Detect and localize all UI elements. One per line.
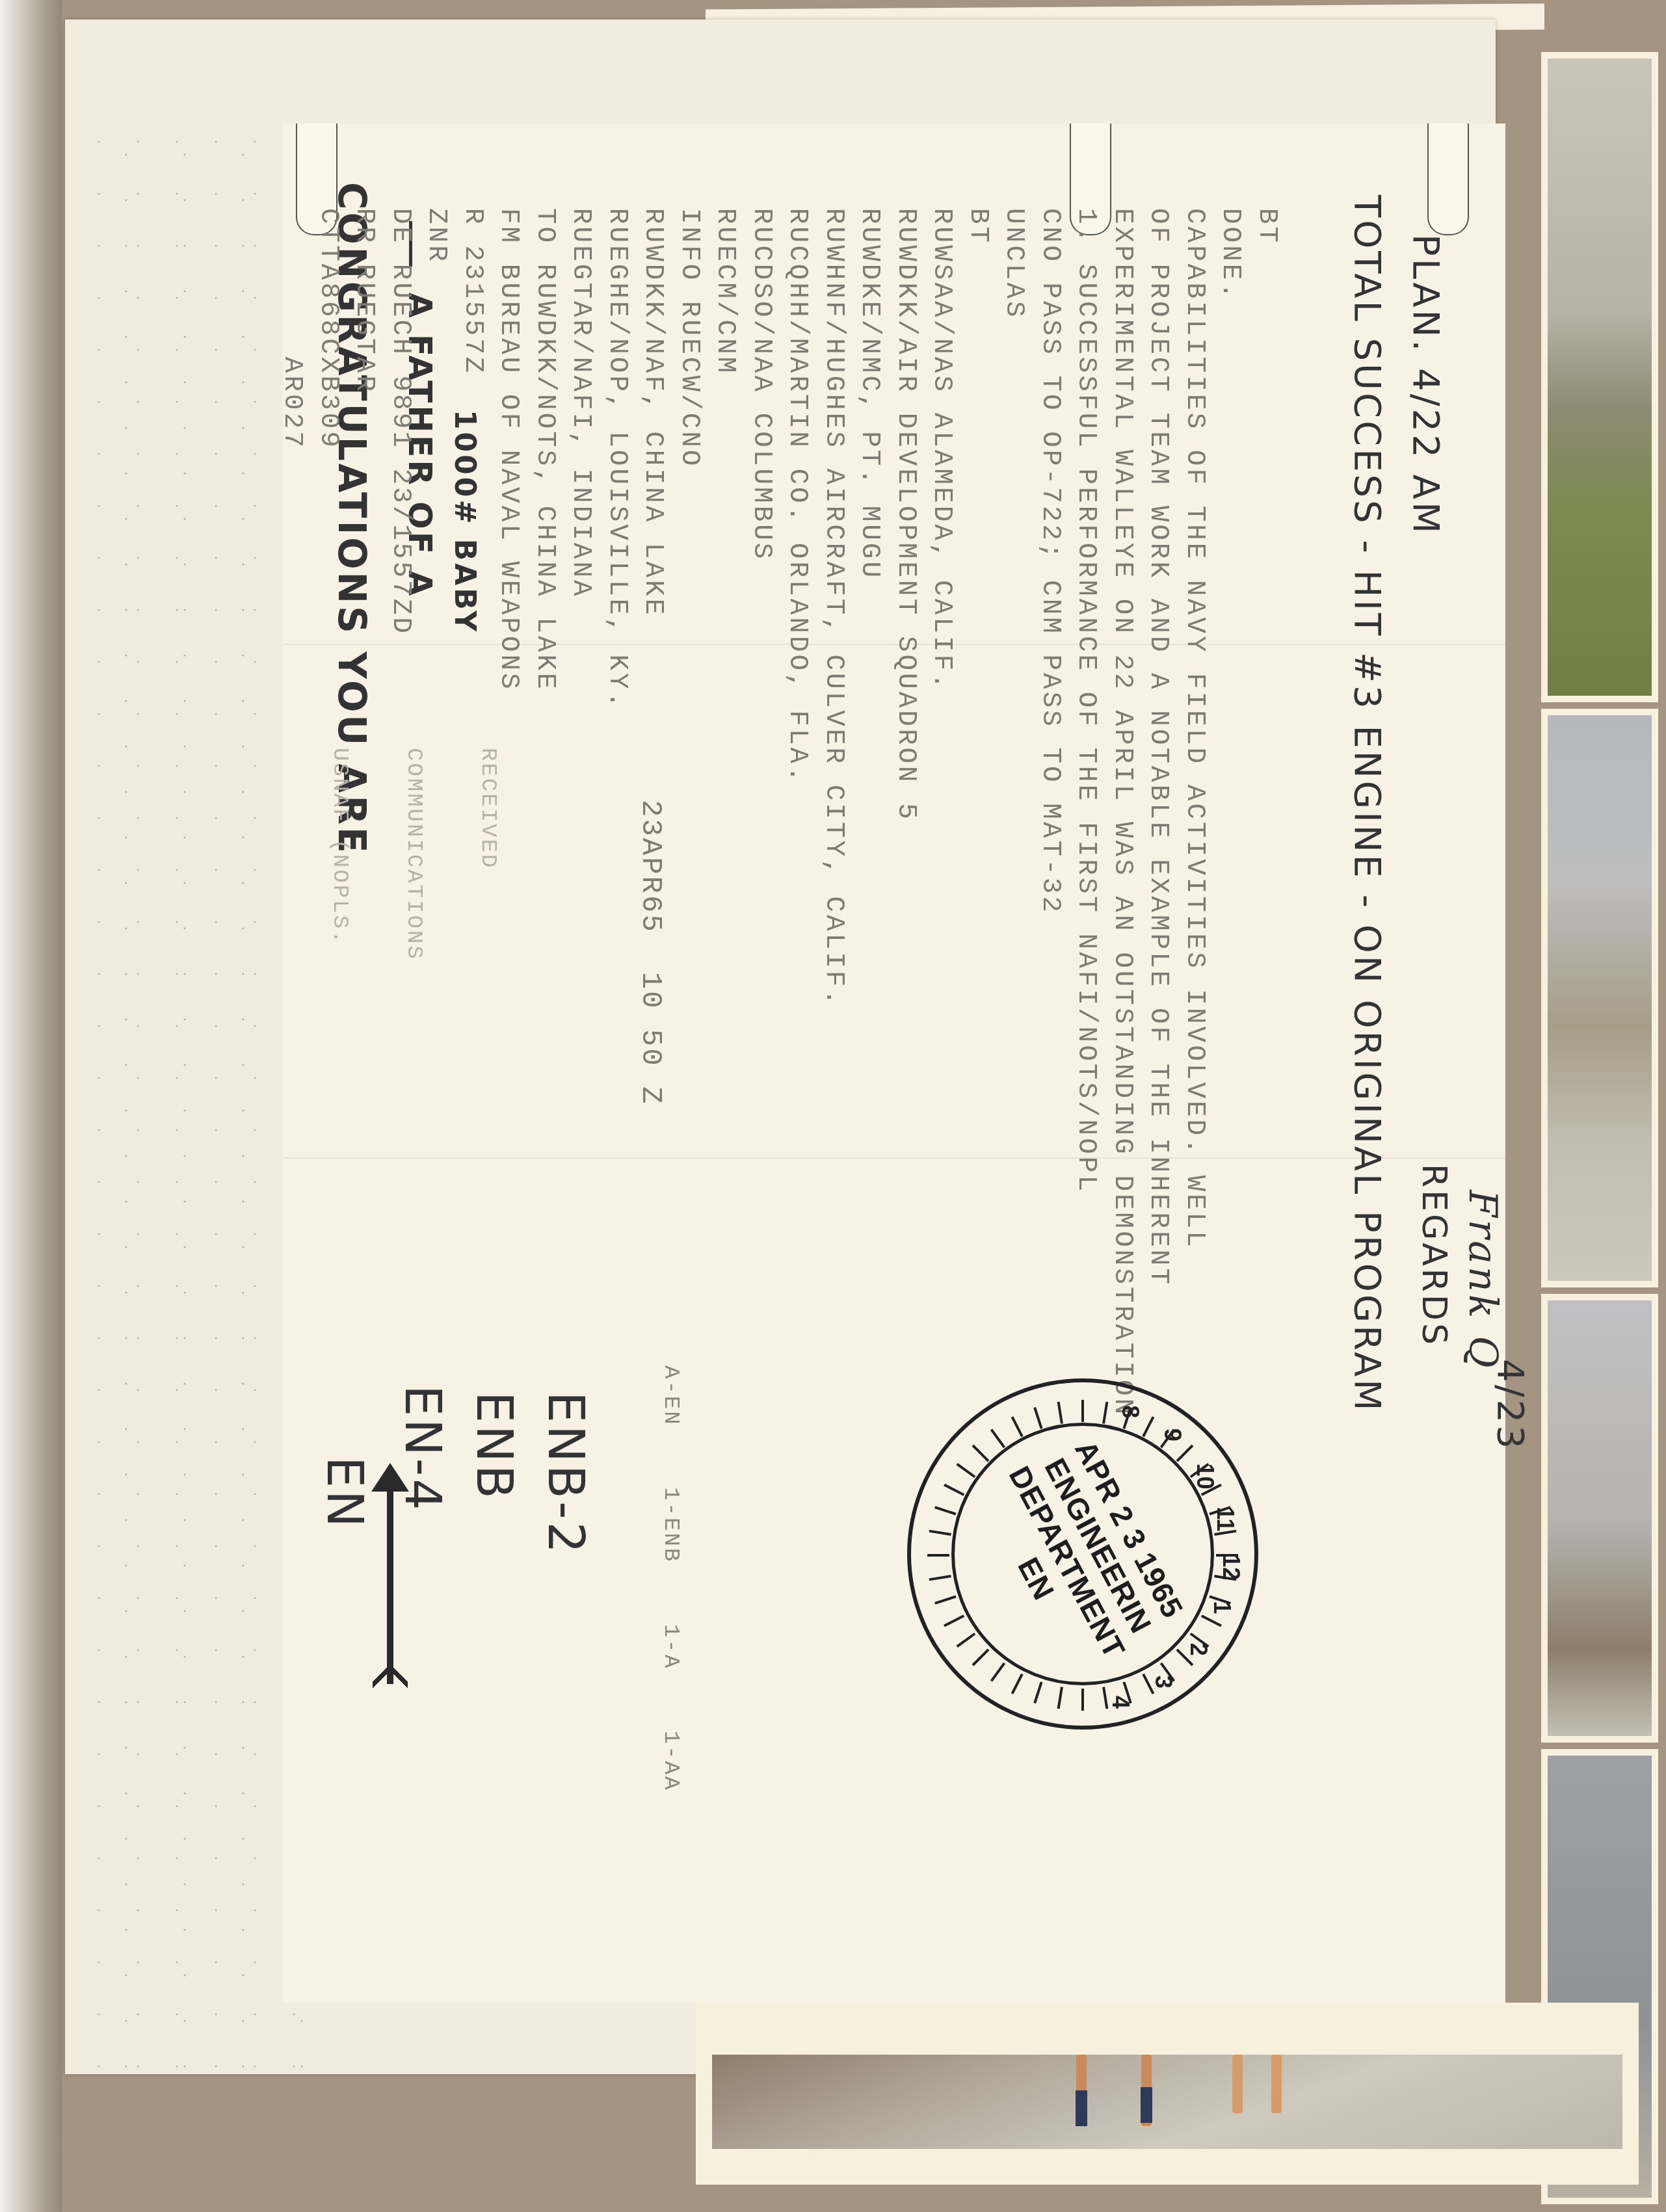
teletype-line: RUEGHE/NOP, LOUISVILLE, KY. xyxy=(599,208,635,710)
handwritten-routing-enb: ENB xyxy=(466,1391,523,1501)
teletype-line: OF PROJECT TEAM WORK AND A NOTABLE EXAMP… xyxy=(1140,208,1176,1287)
photo-strip-right xyxy=(1541,39,1665,2211)
stamp-tick xyxy=(1033,1407,1042,1429)
sock xyxy=(1076,2090,1087,2126)
stamp-tick xyxy=(934,1595,957,1604)
routing-codes: A-EN 1-ENB 1-A 1-AA xyxy=(658,1365,683,1791)
stamp-tick xyxy=(956,1463,975,1478)
received-label: USNAF (NOPLS. xyxy=(327,748,352,961)
stamp-tick xyxy=(990,1663,1005,1682)
leg xyxy=(1232,2055,1243,2113)
telegram-sheet: CONGRATULATIONS YOU ARE A FATHER OF A 10… xyxy=(283,124,1505,2003)
stamp-tick xyxy=(1011,1674,1024,1694)
teletype-line: TO RUWDKK/NOTS, CHINA LAKE xyxy=(527,208,563,692)
teletype-line: AR027 xyxy=(274,208,310,450)
stamp-tick xyxy=(956,1633,975,1648)
teletype-line: RUCQHH/MARTIN CO. ORLANDO, FLA. xyxy=(779,208,815,785)
teletype-line: INFO RUECW/CNO xyxy=(671,208,707,468)
teletype-line: RUWHNF/HUGHES AIRCRAFT, CULVER CITY, CAL… xyxy=(815,208,852,1008)
handwritten-note-line1: TOTAL SUCCESS - HIT #3 ENGINE - ON ORIGI… xyxy=(1346,195,1388,1414)
teletype-line: RR RUEGTAR xyxy=(346,208,382,394)
teletype-line: RUWDKK/NAF, CHINA LAKE xyxy=(635,208,671,617)
teletype-line: RUECM/CNM xyxy=(707,208,743,375)
stamp-tick xyxy=(1081,1689,1084,1711)
received-label: RECEIVED xyxy=(475,748,500,961)
teletype-line: BT xyxy=(1249,208,1285,245)
teletype-line: RUEGTAR/NAFI, INDIANA xyxy=(562,208,599,599)
stamp-tick xyxy=(1201,1614,1222,1627)
handwritten-routing-enb2: ENB-2 xyxy=(537,1391,595,1556)
arrow-icon xyxy=(387,1489,393,1684)
stamp-tick xyxy=(1081,1400,1084,1422)
handwritten-congrats-line3: 1000# BABY xyxy=(448,410,481,634)
photo-boat-hull xyxy=(1541,1294,1658,1743)
handwritten-signature: Frank Q xyxy=(1460,1190,1505,1370)
stamp-tick xyxy=(944,1614,964,1627)
teletype-line: UNCLAS xyxy=(996,208,1032,320)
handwritten-date: 4/23 xyxy=(1489,1359,1531,1451)
photo-legs-pavement xyxy=(696,2003,1639,2185)
teletype-line: RUWSAA/NAS ALAMEDA, CALIF. xyxy=(923,208,960,692)
received-label: COMMUNICATIONS xyxy=(401,748,426,961)
stamp-tick xyxy=(972,1445,990,1462)
stamp-tick xyxy=(1057,1402,1063,1424)
teletype-line: ZNR xyxy=(418,208,455,264)
stamp-tick xyxy=(1057,1687,1063,1709)
teletype-line: DONE. xyxy=(1212,208,1249,301)
binder-spine xyxy=(0,0,65,2212)
stamp-dial-number: 2 xyxy=(1185,1643,1212,1656)
stamp-dial-number: 4 xyxy=(1107,1696,1134,1709)
teletype-line: FM BUREAU OF NAVAL WEAPONS xyxy=(490,208,527,692)
sock xyxy=(1141,2087,1152,2123)
photo-building-lawn xyxy=(1541,52,1658,702)
stamp-tick xyxy=(929,1575,951,1581)
teletype-line: 1. SUCCESSFUL PERFORMANCE OF THE FIRST N… xyxy=(1068,208,1104,1194)
teletype-line: DE RUECH 9891 23/1557ZD xyxy=(382,208,419,636)
date-stamp: APR 2 3 1965 ENGINEERIN DEPARTMENT EN 89… xyxy=(907,1378,1258,1730)
stamp-tick xyxy=(927,1554,949,1557)
photo-image xyxy=(712,2055,1622,2149)
stamp-dial-number: 3 xyxy=(1150,1676,1177,1689)
stamp-tick xyxy=(1033,1681,1042,1704)
stamp-tick xyxy=(1102,1402,1108,1424)
teletype-line: CAPABILITIES OF THE NAVY FIELD ACTIVITIE… xyxy=(1176,208,1213,1250)
teletype-line: CNO PASS TO OP-722; CNM PASS TO MAT-32 xyxy=(1032,208,1068,915)
stamp-tick xyxy=(934,1506,957,1515)
stamp-tick xyxy=(972,1649,990,1666)
handwritten-routing-en4: EN-4 xyxy=(394,1385,452,1513)
stamp-tick xyxy=(990,1429,1005,1448)
stamp-dial-number: 8 xyxy=(1117,1405,1144,1418)
stamp-tick xyxy=(1176,1445,1194,1462)
teletype-line: RUWDKK/AIR DEVELOPMENT SQUADRON 5 xyxy=(888,208,924,822)
received-stamp: RECEIVED COMMUNICATIONS USNAF (NOPLS. xyxy=(278,748,549,961)
handwritten-routing-en: EN xyxy=(316,1456,374,1530)
stamp-dial-number: 11 xyxy=(1211,1507,1239,1531)
photo-boat-deck xyxy=(1541,709,1658,1287)
teletype-line: CTTA868CXB309 xyxy=(310,208,347,450)
stamp-tick xyxy=(944,1484,964,1496)
stamp-tick xyxy=(1011,1416,1024,1437)
teletype-line: BT xyxy=(960,208,996,245)
stamp-dial-number: 9 xyxy=(1159,1429,1186,1442)
leg xyxy=(1271,2055,1282,2113)
teletype-line: RUCDSO/NAA COLUMBUS xyxy=(743,208,780,561)
rotated-page: CONGRATULATIONS YOU ARE A FATHER OF A 10… xyxy=(283,124,1505,2003)
teletype-line: EXPERIMENTAL WALLEYE ON 22 APRIL WAS AN … xyxy=(1104,208,1141,1417)
stamp-tick xyxy=(1142,1416,1154,1437)
handwritten-note-line2: PLAN. 4/22 AM xyxy=(1405,234,1447,536)
stamp-dial-number: 12 xyxy=(1217,1554,1245,1580)
teletype-line: R 231557Z xyxy=(455,208,491,375)
datetime-group: 23APR65 10 50 Z xyxy=(634,800,667,1105)
handwritten-regards: REGARDS xyxy=(1414,1164,1453,1347)
teletype-line: RUWDKE/NMC, PT. MUGU xyxy=(851,208,888,580)
stamp-dial-number: 1 xyxy=(1208,1601,1236,1614)
stamp-tick xyxy=(929,1530,951,1536)
stamp-dial-number: 10 xyxy=(1191,1464,1219,1490)
